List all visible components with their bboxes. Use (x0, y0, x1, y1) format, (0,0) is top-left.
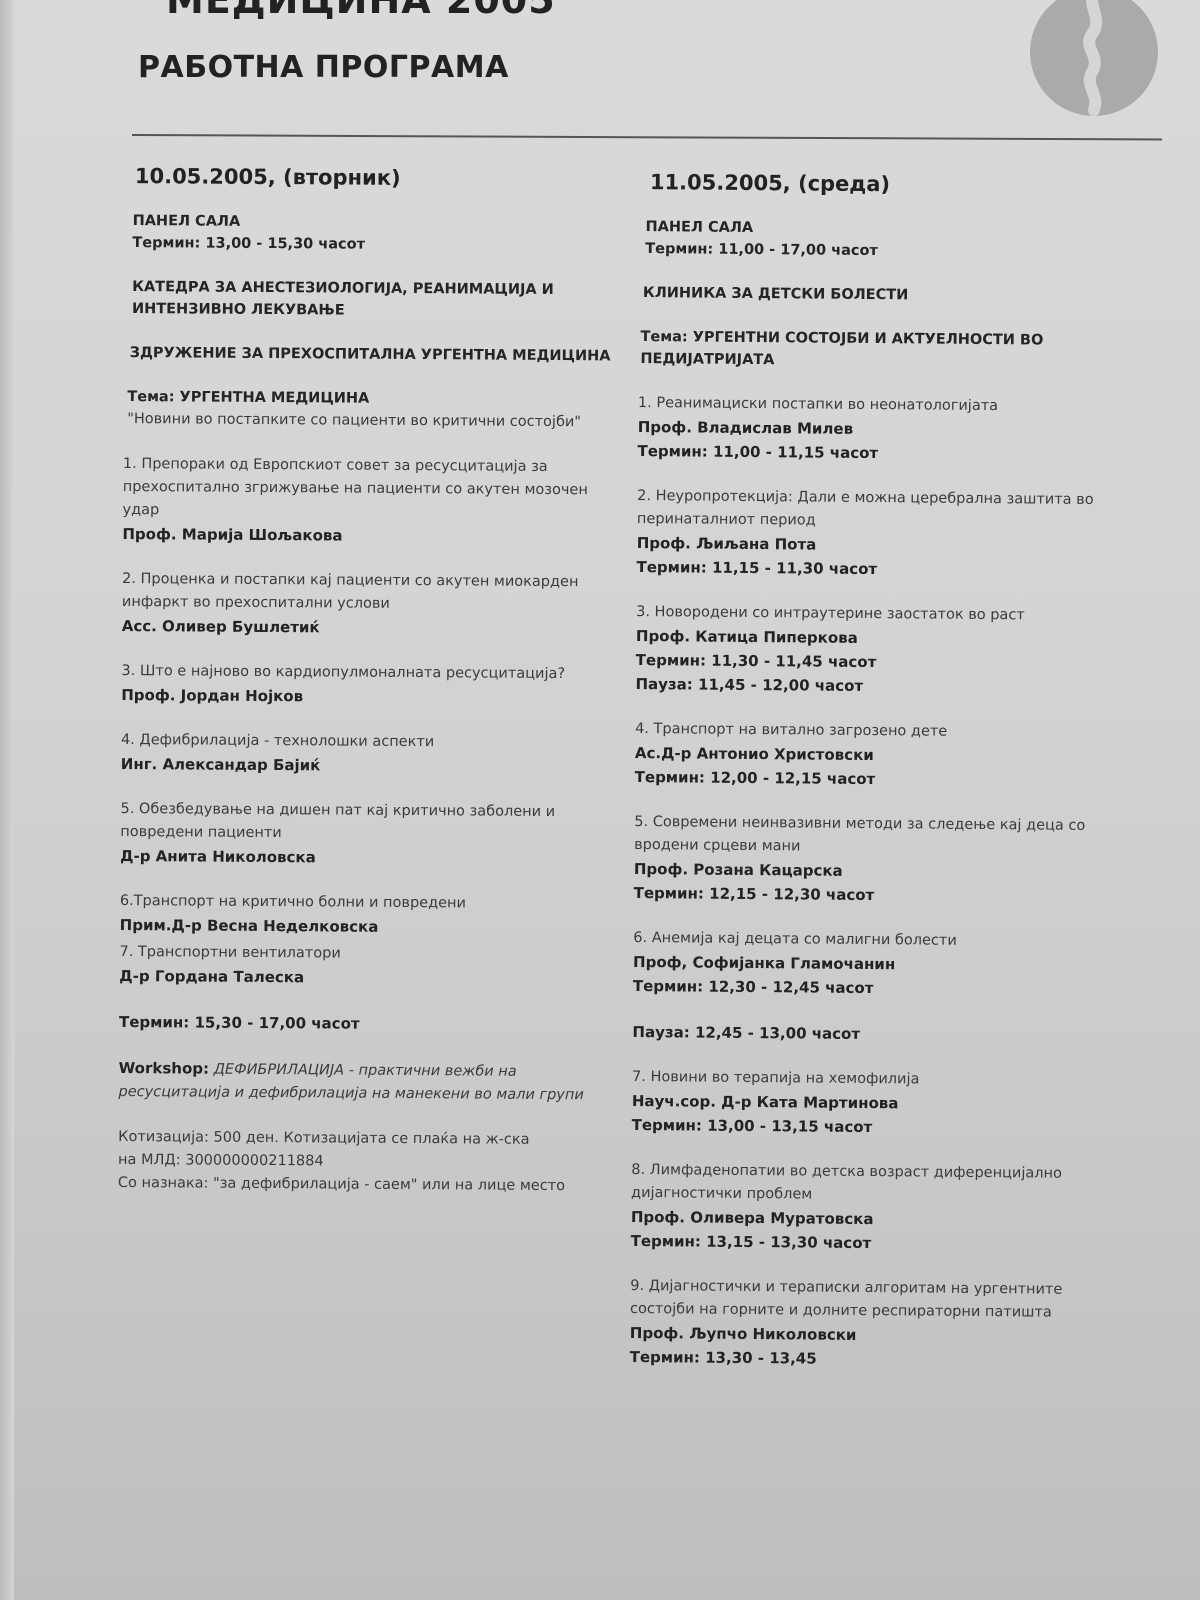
talk-time: Термин: 12,00 - 12,15 часот (635, 765, 1135, 793)
day2-talk: 2. Неуропротекција: Дали е можна церебра… (636, 485, 1137, 583)
talk-time: Термин: 12,30 - 12,45 часот (633, 974, 1133, 1002)
talk-speaker: Инг. Александар Бајиќ (121, 752, 611, 779)
day2-date: 11.05.2005, (среда) (650, 170, 1140, 198)
talk-time: Термин: 13,30 - 13,45 (630, 1345, 1130, 1373)
talk-title: 1. Препораки од Европскиот совет за ресу… (123, 453, 613, 525)
talk-title: 5. Обезбедување на дишен пат кај критичн… (120, 798, 610, 847)
talk-title: 8. Лимфаденопатии во детска возраст дифе… (631, 1159, 1131, 1209)
talk-speaker: Д-р Гордана Талеска (119, 964, 609, 991)
talk-title: 5. Современи неинвазивни методи за следе… (634, 811, 1134, 861)
workshop-label: Workshop: (119, 1059, 209, 1078)
day2-talk: 9. Дијагностички и тераписки алгоритам н… (630, 1275, 1131, 1373)
day1-talk: 6.Транспорт на критично болни и повреден… (120, 890, 610, 940)
talk-title: 6.Транспорт на критично болни и повреден… (120, 890, 610, 916)
talk-title: 3. Што е најново во кардиопулмоналната р… (121, 660, 611, 686)
talk-title: 4. Дефибрилација - технолошки аспекти (121, 729, 611, 755)
day2-talk: 4. Транспорт на витално загрозено дете А… (635, 718, 1136, 793)
talk-speaker: Проф. Јордан Нојков (121, 683, 611, 710)
day2-theme: Тема: УРГЕНТНИ СОСТОЈБИ И АКТУЕЛНОСТИ ВО… (640, 326, 1138, 374)
talk-title: 9. Дијагностички и тераписки алгоритам н… (630, 1275, 1130, 1325)
talk-title: 2. Проценка и постапки кај пациенти со а… (122, 568, 612, 617)
day1-theme-subtitle: "Новини во постапките со пациенти во кри… (127, 408, 613, 434)
day1-date: 10.05.2005, (вторник) (135, 164, 615, 191)
talk-speaker: Асс. Оливер Бушлетиќ (122, 614, 612, 641)
day2-time: Термин: 11,00 - 17,00 часот (645, 238, 1139, 264)
day1-talk: 5. Обезбедување на дишен пат кај критичн… (120, 798, 610, 871)
day2-talk: 7. Новини во терапија на хемофилија Науч… (632, 1066, 1133, 1141)
talk-title: 2. Неуропротекција: Дали е можна церебра… (637, 485, 1137, 535)
day1-column: 10.05.2005, (вторник) ПАНЕЛ САЛА Термин:… (118, 164, 615, 1220)
day1-time-2: Термин: 15,30 - 17,00 часот (119, 1010, 609, 1037)
day1-organizer-1: КАТЕДРА ЗА АНЕСТЕЗИОЛОГИЈА, РЕАНИМАЦИЈА … (132, 276, 614, 323)
day2-talk: 3. Новородени со интраутерине заостаток … (635, 601, 1136, 700)
talk-time: Термин: 12,15 - 12,30 часот (634, 881, 1134, 909)
day2-talk: 8. Лимфаденопатии во детска возраст дифе… (631, 1159, 1132, 1257)
day2-organizer: КЛИНИКА ЗА ДЕТСКИ БОЛЕСТИ (643, 282, 1139, 308)
pause-time: Пауза: 11,45 - 12,00 часот (635, 672, 1135, 700)
header-divider (132, 134, 1162, 140)
talk-time: Термин: 13,15 - 13,30 часот (631, 1229, 1131, 1257)
talk-time: Термин: 11,00 - 11,15 часот (637, 439, 1137, 467)
day2-talk: 1. Реанимациски постапки во неонатологиј… (637, 392, 1138, 467)
day1-organizer-2: ЗДРУЖЕНИЕ ЗА ПРЕХОСПИТАЛНА УРГЕНТНА МЕДИ… (130, 342, 614, 367)
day1-talk: 2. Проценка и постапки кај пациенти со а… (122, 568, 612, 641)
talk-title: 7. Транспортни вентилатори (119, 941, 609, 967)
talk-time: Термин: 11,15 - 11,30 часот (636, 555, 1136, 583)
talk-speaker: Д-р Анита Николовска (120, 844, 610, 871)
day1-talk: 1. Препораки од Европскиот совет за ресу… (122, 453, 613, 549)
pause-time: Пауза: 12,45 - 13,00 часот (632, 1020, 1132, 1048)
day1-time: Термин: 13,00 - 15,30 часот (132, 232, 614, 257)
day2-talk: 6. Анемија кај децата со малигни болести… (633, 927, 1134, 1002)
page-title: МЕДИЦИНА 2005 (166, 0, 556, 22)
page-subtitle: РАБОТНА ПРОГРАМА (138, 50, 509, 85)
fee-note: Со назнака: "за дефибрилација - саем" ил… (118, 1172, 608, 1198)
day2-talk: 5. Современи неинвазивни методи за следе… (634, 811, 1135, 909)
talk-speaker: Прим.Д-р Весна Неделковска (120, 913, 610, 940)
day1-talk: 7. Транспортни вентилатори Д-р Гордана Т… (119, 941, 609, 991)
caduceus-snake-icon (1030, 0, 1158, 116)
fee-line: Котизација: 500 ден. Котизацијата се пла… (118, 1126, 608, 1152)
day2-column: 11.05.2005, (среда) ПАНЕЛ САЛА Термин: 1… (629, 170, 1140, 1395)
day1-talk: 3. Што е најново во кардиопулмоналната р… (121, 660, 611, 710)
talk-time: Термин: 13,00 - 13,15 часот (632, 1113, 1132, 1141)
talk-speaker: Проф. Марија Шољакова (122, 522, 612, 549)
page-edge (0, 0, 14, 1600)
day1-talk: 4. Дефибрилација - технолошки аспекти Ин… (121, 729, 611, 779)
fee-account: на МЛД: 300000000211884 (118, 1149, 608, 1175)
